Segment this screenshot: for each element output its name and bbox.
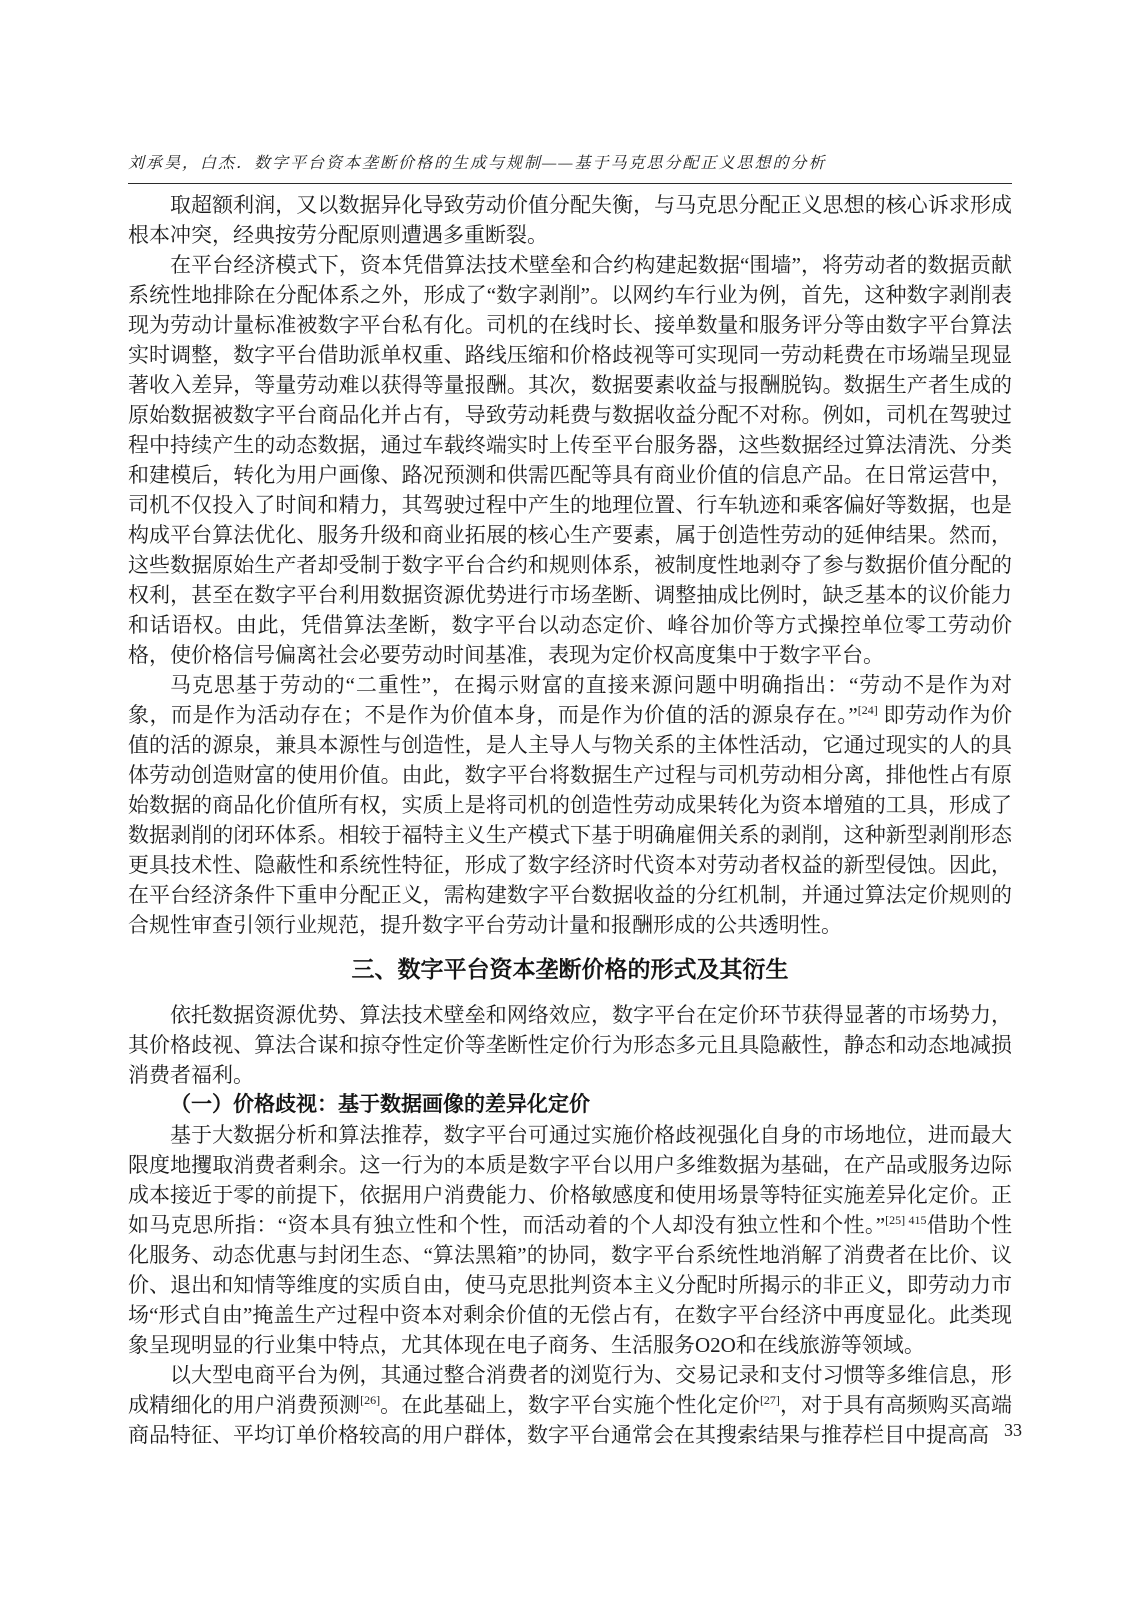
running-head: 刘承昊，白杰．数字平台资本垄断价格的生成与规制——基于马克思分配正义思想的分析 [128,153,1012,175]
citation-ref-24: [24] [858,703,878,717]
article-body: 取超额利润，又以数据异化导致劳动价值分配失衡，与马克思分配正义思想的核心诉求形成… [128,190,1012,1450]
page-number: 33 [1004,1420,1022,1441]
paragraph-continued: 取超额利润，又以数据异化导致劳动价值分配失衡，与马克思分配正义思想的核心诉求形成… [128,190,1012,250]
paragraph: 依托数据资源优势、算法技术壁垒和网络效应，数字平台在定价环节获得显著的市场势力，… [128,1000,1012,1090]
document-page: 刘承昊，白杰．数字平台资本垄断价格的生成与规制——基于马克思分配正义思想的分析 … [0,0,1140,1600]
paragraph-text: 即劳动作为价值的活的源泉，兼具本源性与创造性，是人主导人与物关系的主体性活动，它… [128,703,1012,937]
subsection-heading: （一）价格歧视：基于数据画像的差异化定价 [128,1090,1012,1120]
paragraph: 在平台经济模式下，资本凭借算法技术壁垒和合约构建起数据“围墙”，将劳动者的数据贡… [128,250,1012,670]
paragraph-text: 基于大数据分析和算法推荐，数字平台可通过实施价格歧视强化自身的市场地位，进而最大… [128,1123,1012,1237]
page-content: 刘承昊，白杰．数字平台资本垄断价格的生成与规制——基于马克思分配正义思想的分析 … [128,153,1012,1450]
paragraph: 马克思基于劳动的“二重性”，在揭示财富的直接来源问题中明确指出：“劳动不是作为对… [128,670,1012,940]
section-heading: 三、数字平台资本垄断价格的形式及其衍生 [128,953,1012,985]
paragraph-text: 。在此基础上，数字平台实施个性化定价 [380,1393,760,1417]
citation-ref-26: [26] [360,1393,380,1407]
citation-ref-27: [27] [760,1393,780,1407]
citation-ref-25: [25] 415 [885,1213,926,1227]
paragraph: 以大型电商平台为例，其通过整合消费者的浏览行为、交易记录和支付习惯等多维信息，形… [128,1360,1012,1450]
paragraph: 基于大数据分析和算法推荐，数字平台可通过实施价格歧视强化自身的市场地位，进而最大… [128,1120,1012,1360]
header-rule [128,183,1012,184]
